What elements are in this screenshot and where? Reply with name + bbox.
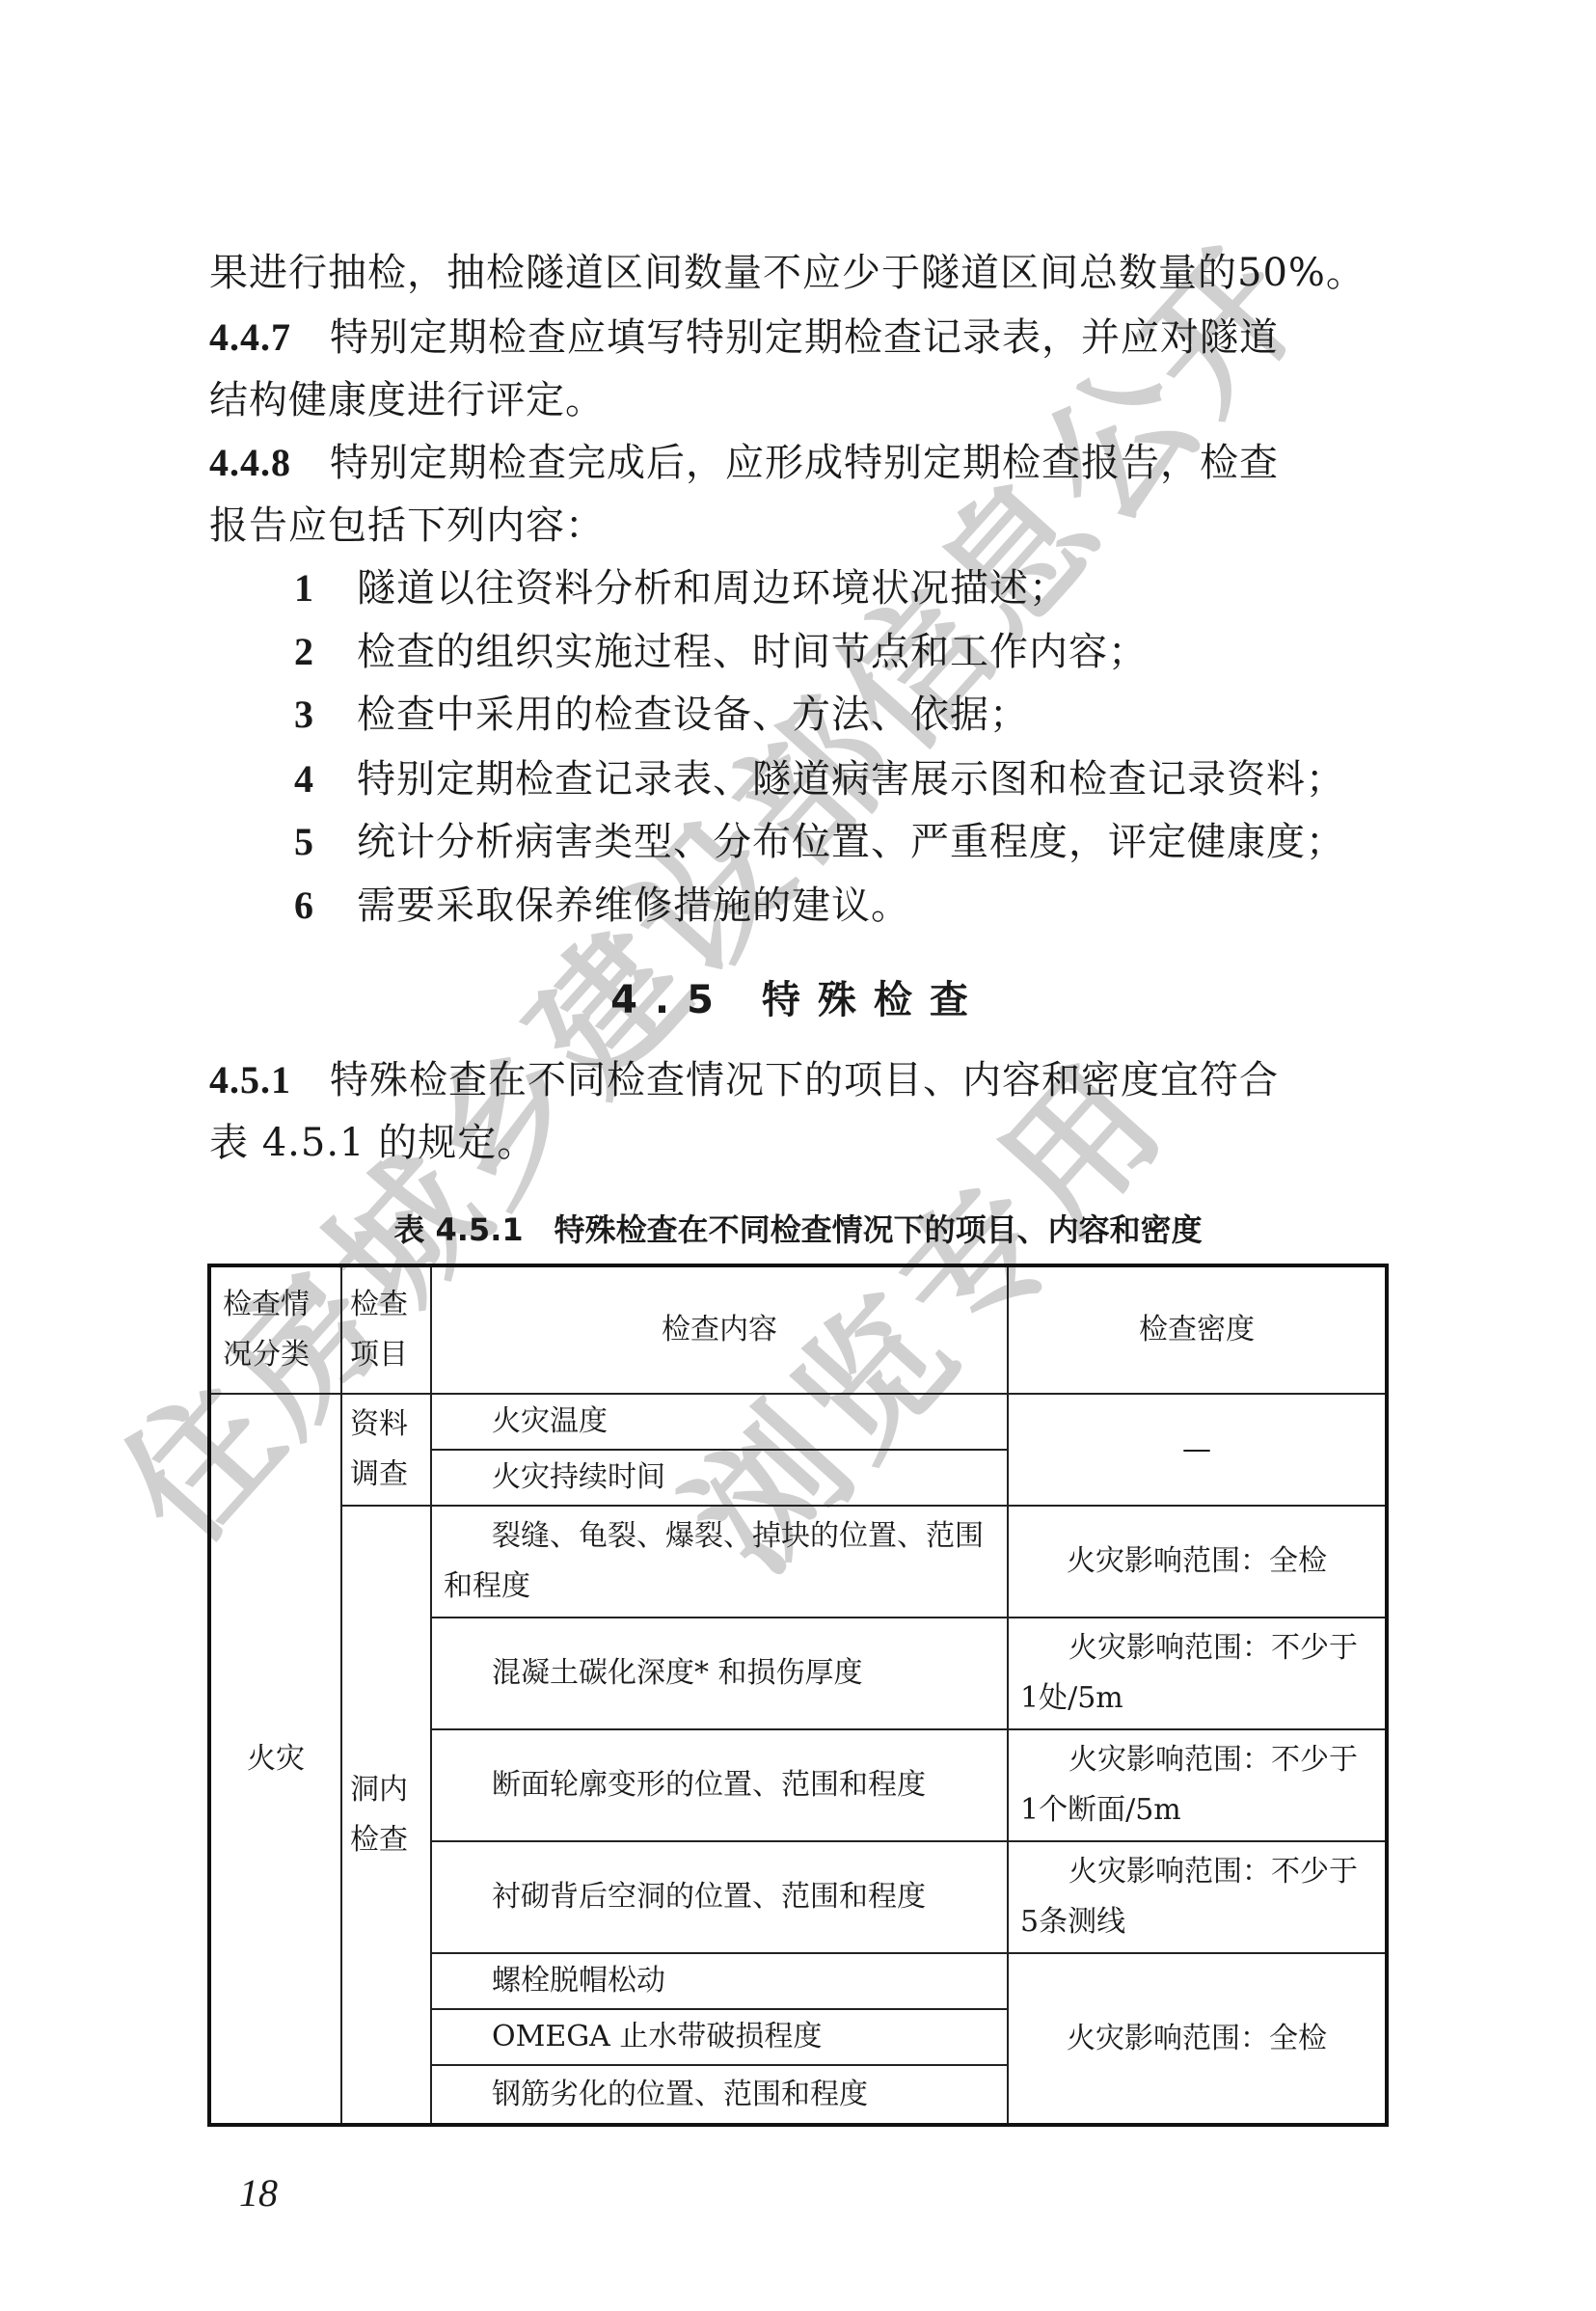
- clause-4-4-7-cont: 结构健康度进行评定。: [209, 377, 605, 423]
- header-category: 检查情况分类: [209, 1265, 341, 1394]
- content-cell: 螺栓脱帽松动: [431, 1953, 1008, 2009]
- item-cell: 洞内检查: [341, 1506, 431, 2125]
- content-cell: 混凝土碳化深度* 和损伤厚度: [431, 1618, 1008, 1729]
- content-cell: 裂缝、龟裂、爆裂、掉块的位置、范围和程度: [431, 1506, 1008, 1618]
- clause-4-5-1-cont: 表 4.5.1 的规定。: [209, 1120, 536, 1166]
- density-cell: 火灾影响范围：不少于1处/5m: [1008, 1618, 1387, 1729]
- density-cell: 火灾影响范围：全检: [1008, 1506, 1387, 1618]
- table-header-row: 检查情况分类 检查项目 检查内容 检查密度: [209, 1265, 1387, 1394]
- clause-number: 4.5.1: [209, 1058, 291, 1101]
- table-row: 洞内检查 裂缝、龟裂、爆裂、掉块的位置、范围和程度 火灾影响范围：全检: [209, 1506, 1387, 1618]
- content-cell: 钢筋劣化的位置、范围和程度: [431, 2065, 1008, 2125]
- list-item: 2检查的组织实施过程、时间节点和工作内容；: [294, 629, 1148, 675]
- clause-4-4-8-cont: 报告应包括下列内容：: [209, 503, 605, 549]
- clause-4-5-1: 4.5.1特殊检查在不同检查情况下的项目、内容和密度宜符合: [209, 1057, 1279, 1103]
- header-content: 检查内容: [431, 1265, 1008, 1394]
- clause-number: 4.4.8: [209, 441, 291, 484]
- table-caption: 表 4.5.1 特殊检查在不同检查情况下的项目、内容和密度: [0, 1206, 1596, 1250]
- content-cell: 断面轮廓变形的位置、范围和程度: [431, 1729, 1008, 1841]
- header-density: 检查密度: [1008, 1265, 1387, 1394]
- density-cell: —: [1008, 1394, 1387, 1506]
- list-item: 4特别定期检查记录表、隧道病害展示图和检查记录资料；: [294, 756, 1345, 802]
- content-cell: 衬砌背后空洞的位置、范围和程度: [431, 1841, 1008, 1953]
- category-cell: 火灾: [209, 1394, 341, 2125]
- clause-4-4-7: 4.4.7特别定期检查应填写特别定期检查记录表，并应对隧道: [209, 314, 1279, 361]
- inspection-table: 检查情况分类 检查项目 检查内容 检查密度 火灾 资料调查 火灾温度 — 火灾持…: [207, 1264, 1389, 2127]
- page-number: 18: [239, 2170, 278, 2216]
- content-cell: OMEGA 止水带破损程度: [431, 2009, 1008, 2065]
- density-cell: 火灾影响范围：全检: [1008, 1953, 1387, 2125]
- clause-text: 特别定期检查完成后，应形成特别定期检查报告，检查: [330, 441, 1279, 485]
- header-item: 检查项目: [341, 1265, 431, 1394]
- clause-number: 4.4.7: [209, 315, 291, 359]
- list-item: 5统计分析病害类型、分布位置、严重程度，评定健康度；: [294, 819, 1345, 865]
- content-cell: 火灾温度: [431, 1394, 1008, 1450]
- list-item: 6需要采取保养维修措施的建议。: [294, 883, 910, 929]
- list-item: 3检查中采用的检查设备、方法、依据；: [294, 692, 1029, 738]
- section-heading: 4.5 特殊检查: [0, 969, 1596, 1024]
- density-cell: 火灾影响范围：不少于5条测线: [1008, 1841, 1387, 1953]
- continuation-text: 果进行抽检，抽检隧道区间数量不应少于隧道区间总数量的50%。: [209, 250, 1366, 296]
- content-cell: 火灾持续时间: [431, 1450, 1008, 1506]
- density-cell: 火灾影响范围：不少于1个断面/5m: [1008, 1729, 1387, 1841]
- table-row: 火灾 资料调查 火灾温度 —: [209, 1394, 1387, 1450]
- clause-4-4-8: 4.4.8特别定期检查完成后，应形成特别定期检查报告，检查: [209, 440, 1279, 486]
- item-cell: 资料调查: [341, 1394, 431, 1506]
- clause-text: 特殊检查在不同检查情况下的项目、内容和密度宜符合: [330, 1058, 1279, 1102]
- clause-text: 特别定期检查应填写特别定期检查记录表，并应对隧道: [330, 315, 1279, 360]
- list-item: 1隧道以往资料分析和周边环境状况描述；: [294, 565, 1069, 612]
